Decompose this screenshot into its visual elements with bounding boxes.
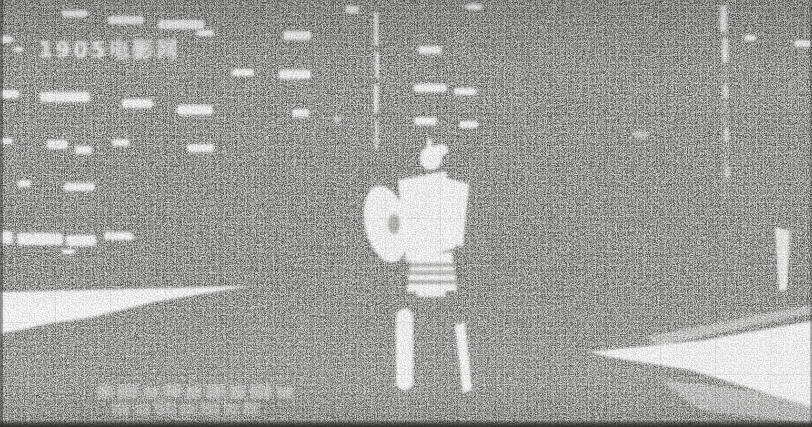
dithered-video-frame: 1905电影网: [0, 0, 812, 427]
frame-bottom-edge: [0, 420, 812, 427]
frame-left-edge: [0, 0, 3, 427]
dither-noise-top-layer: [0, 0, 812, 427]
